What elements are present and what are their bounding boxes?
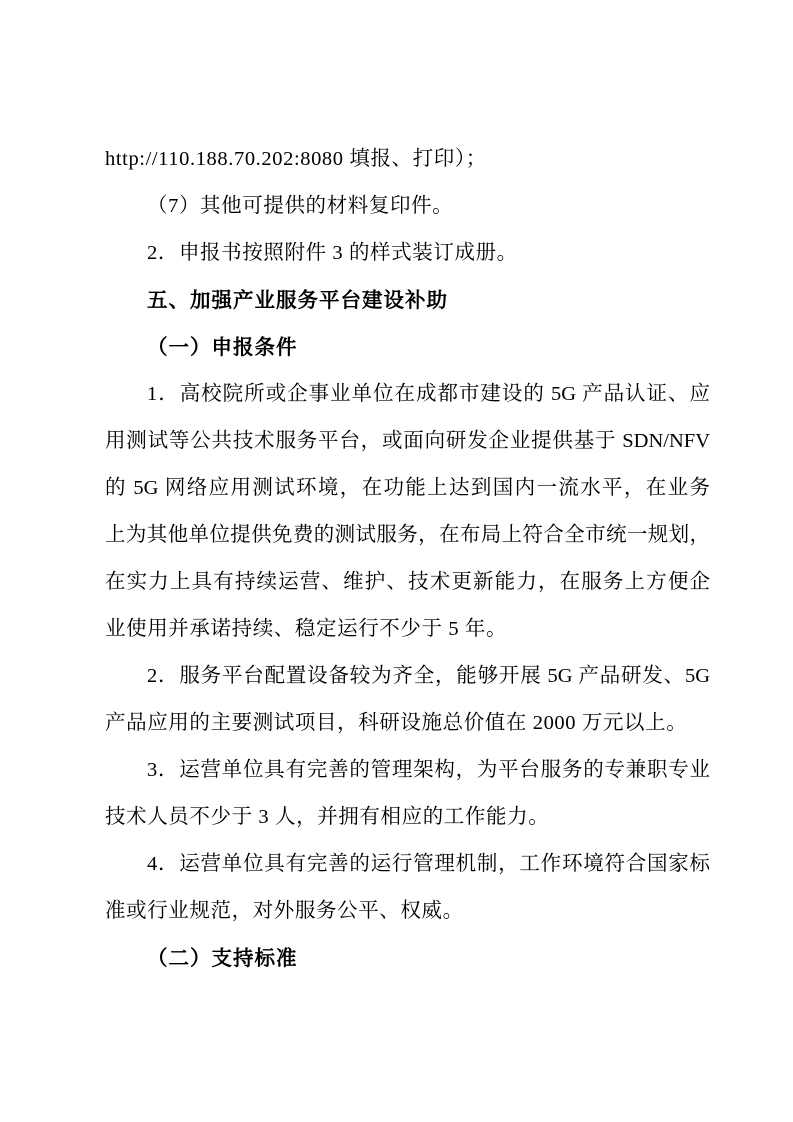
paragraph-line: 准或行业规范，对外服务公平、权威。	[105, 888, 710, 935]
paragraph-line: （7）其他可提供的材料复印件。	[105, 183, 710, 230]
paragraph-line: 的 5G 网络应用测试环境，在功能上达到国内一流水平，在业务	[105, 465, 710, 512]
paragraph-line: 业使用并承诺持续、稳定运行不少于 5 年。	[105, 606, 710, 653]
subsection-heading: （一）申报条件	[105, 324, 710, 371]
paragraph-line: 2．服务平台配置设备较为齐全，能够开展 5G 产品研发、5G	[105, 653, 710, 700]
paragraph-line: 产品应用的主要测试项目，科研设施总价值在 2000 万元以上。	[105, 700, 710, 747]
paragraph-line: 用测试等公共技术服务平台，或面向研发企业提供基于 SDN/NFV	[105, 418, 710, 465]
paragraph-line: 技术人员不少于 3 人，并拥有相应的工作能力。	[105, 794, 710, 841]
paragraph-line: 在实力上具有持续运营、维护、技术更新能力，在服务上方便企	[105, 559, 710, 606]
paragraph-line: 3．运营单位具有完善的管理架构，为平台服务的专兼职专业	[105, 747, 710, 794]
paragraph-line: 上为其他单位提供免费的测试服务，在布局上符合全市统一规划，	[105, 512, 710, 559]
paragraph-line: 4．运营单位具有完善的运行管理机制，工作环境符合国家标	[105, 841, 710, 888]
document-text-block: http://110.188.70.202:8080 填报、打印）； （7）其他…	[105, 136, 710, 982]
subsection-heading: （二）支持标准	[105, 935, 710, 982]
section-heading: 五、加强产业服务平台建设补助	[105, 277, 710, 324]
document-page: http://110.188.70.202:8080 填报、打印）； （7）其他…	[0, 0, 793, 1122]
paragraph-line: 1．高校院所或企事业单位在成都市建设的 5G 产品认证、应	[105, 371, 710, 418]
paragraph-line-url: http://110.188.70.202:8080 填报、打印）；	[105, 136, 710, 183]
paragraph-line: 2．申报书按照附件 3 的样式装订成册。	[105, 230, 710, 277]
